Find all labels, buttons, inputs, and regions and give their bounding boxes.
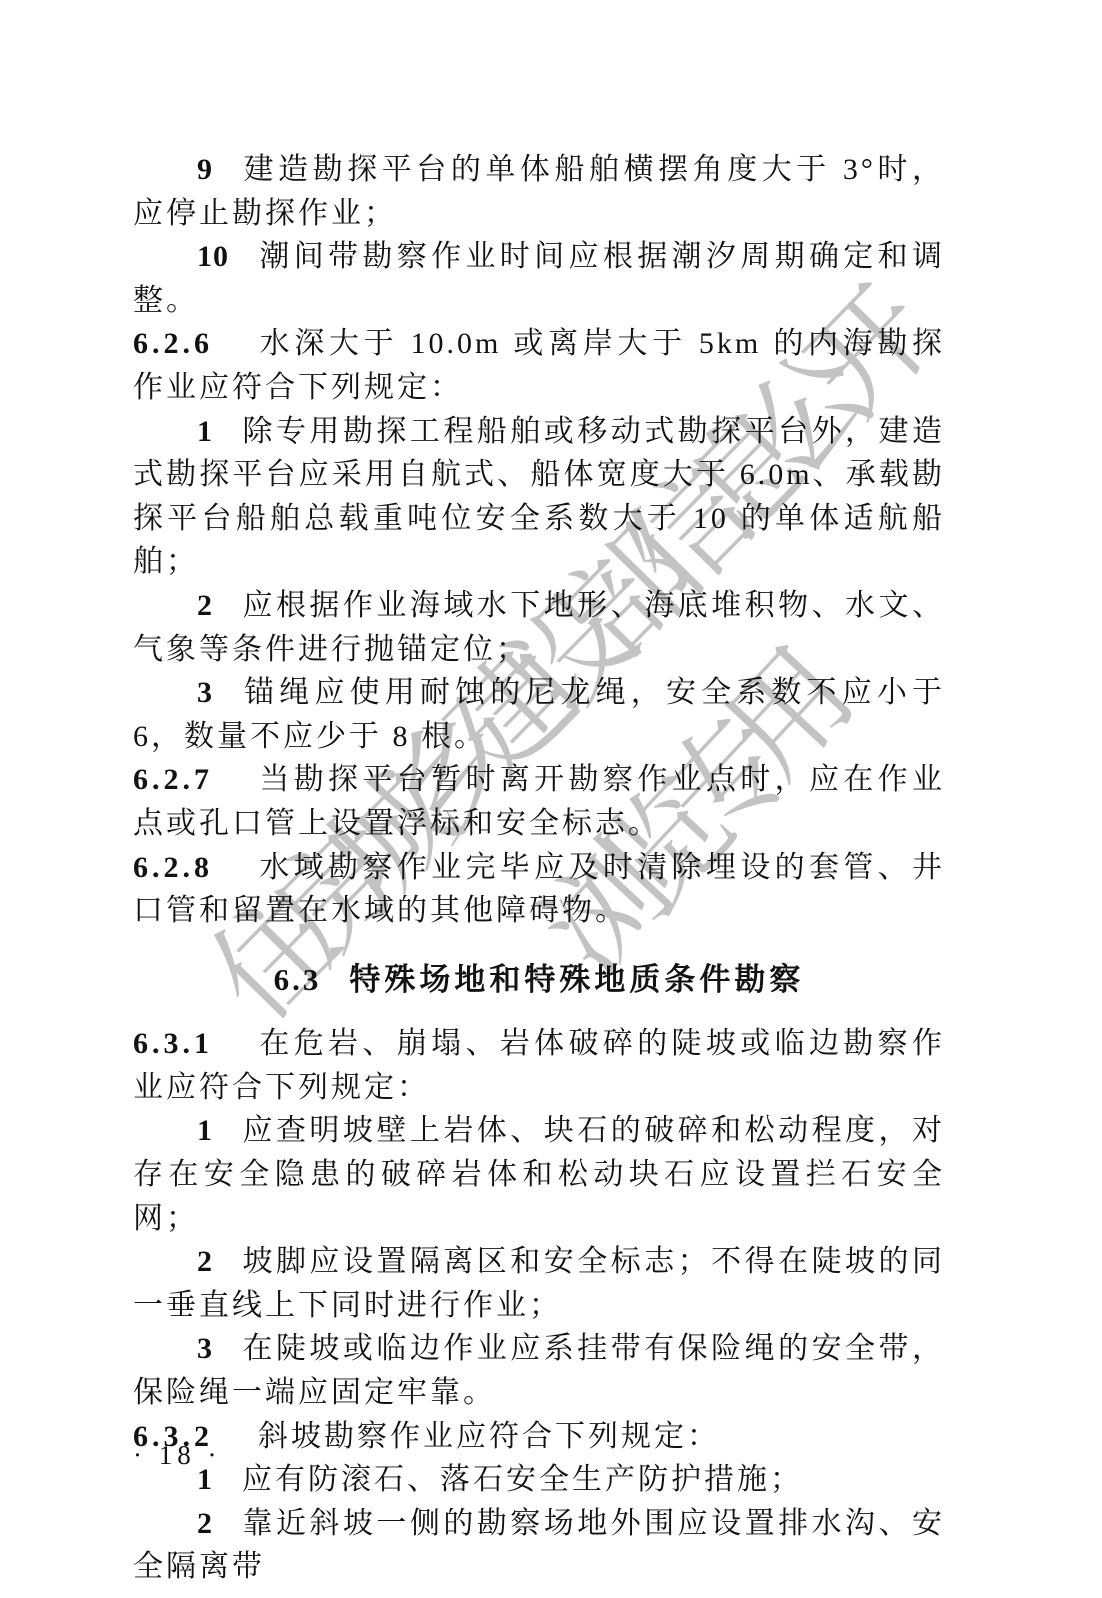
- clause-number: 6.3.1: [133, 1027, 213, 1060]
- item-text: 应根据作业海域水下地形、海底堆积物、水文、气象等条件进行抛锚定位；: [133, 589, 945, 666]
- clause-text: 水域勘察作业完毕应及时清除埋设的套管、井口管和留置在水域的其他障碍物。: [133, 851, 945, 928]
- clause-text: 斜坡勘察作业应符合下列规定：: [258, 1420, 720, 1453]
- item-text: 潮间带勘察作业时间应根据潮汐周期确定和调整。: [133, 240, 945, 317]
- item-text: 靠近斜坡一侧的勘察场地外围应设置排水沟、安全隔离带: [133, 1507, 945, 1584]
- clause-6-3-1: 6.3.1在危岩、崩塌、岩体破碎的陡坡或临边勘察作业应符合下列规定：: [133, 1022, 945, 1109]
- item-9: 9建造勘探平台的单体船舶横摆角度大于 3°时，应停止勘探作业；: [133, 148, 945, 235]
- item-text: 坡脚应设置隔离区和安全标志；不得在陡坡的同一垂直线上下同时进行作业；: [133, 1245, 945, 1322]
- clause-6-2-8: 6.2.8水域勘察作业完毕应及时清除埋设的套管、井口管和留置在水域的其他障碍物。: [133, 846, 945, 933]
- item-number: 9: [197, 153, 213, 186]
- item-text: 应查明坡壁上岩体、块石的破碎和松动程度，对存在安全隐患的破碎岩体和松动块石应设置…: [133, 1114, 945, 1234]
- section-title: 特殊场地和特殊地质条件勘察: [349, 962, 804, 997]
- clause-6-2-7: 6.2.7当勘探平台暂时离开勘察作业点时，应在作业点或孔口管上设置浮标和安全标志…: [133, 758, 945, 845]
- item-text: 建造勘探平台的单体船舶横摆角度大于 3°时，应停止勘探作业；: [133, 153, 945, 230]
- item-number: 3: [197, 1332, 213, 1365]
- item-number: 10: [197, 240, 229, 273]
- clause-number: 6.2.7: [133, 763, 213, 796]
- section-heading: 6.3特殊场地和特殊地质条件勘察: [133, 958, 945, 1002]
- item-2: 2坡脚应设置隔离区和安全标志；不得在陡坡的同一垂直线上下同时进行作业；: [133, 1240, 945, 1327]
- clause-text: 水深大于 10.0m 或离岸大于 5km 的内海勘探作业应符合下列规定：: [133, 327, 945, 404]
- clause-text: 在危岩、崩塌、岩体破碎的陡坡或临边勘察作业应符合下列规定：: [133, 1027, 945, 1104]
- item-1: 1应有防滚石、落石安全生产防护措施；: [133, 1458, 945, 1502]
- item-number: 2: [197, 589, 213, 622]
- document-page: 住房城乡建设部信息公开 浏览专用 9建造勘探平台的单体船舶横摆角度大于 3°时，…: [0, 0, 1102, 1598]
- item-number: 2: [197, 1507, 213, 1540]
- page-body: 9建造勘探平台的单体船舶横摆角度大于 3°时，应停止勘探作业； 10潮间带勘察作…: [0, 0, 1102, 1589]
- item-number: 1: [197, 415, 213, 448]
- item-text: 在陡坡或临边作业应系挂带有保险绳的安全带，保险绳一端应固定牢靠。: [133, 1332, 945, 1409]
- item-10: 10潮间带勘察作业时间应根据潮汐周期确定和调整。: [133, 235, 945, 322]
- clause-6-3-2: 6.3.2斜坡勘察作业应符合下列规定：: [133, 1415, 945, 1459]
- item-1: 1应查明坡壁上岩体、块石的破碎和松动程度，对存在安全隐患的破碎岩体和松动块石应设…: [133, 1109, 945, 1240]
- item-text: 锚绳应使用耐蚀的尼龙绳，安全系数不应小于 6，数量不应少于 8 根。: [133, 676, 945, 753]
- page-number: · 18 ·: [133, 1440, 221, 1471]
- item-3: 3在陡坡或临边作业应系挂带有保险绳的安全带，保险绳一端应固定牢靠。: [133, 1327, 945, 1414]
- item-3: 3锚绳应使用耐蚀的尼龙绳，安全系数不应小于 6，数量不应少于 8 根。: [133, 671, 945, 758]
- item-1: 1除专用勘探工程船舶或移动式勘探平台外，建造式勘探平台应采用自航式、船体宽度大于…: [133, 410, 945, 584]
- item-2: 2应根据作业海域水下地形、海底堆积物、水文、气象等条件进行抛锚定位；: [133, 584, 945, 671]
- clause-number: 6.2.8: [133, 851, 213, 884]
- clause-number: 6.2.6: [133, 327, 213, 360]
- item-number: 1: [197, 1114, 213, 1147]
- section-number: 6.3: [274, 962, 322, 997]
- clause-6-2-6: 6.2.6水深大于 10.0m 或离岸大于 5km 的内海勘探作业应符合下列规定…: [133, 322, 945, 409]
- item-2: 2靠近斜坡一侧的勘察场地外围应设置排水沟、安全隔离带: [133, 1502, 945, 1589]
- item-text: 除专用勘探工程船舶或移动式勘探平台外，建造式勘探平台应采用自航式、船体宽度大于 …: [133, 415, 945, 579]
- clause-text: 当勘探平台暂时离开勘察作业点时，应在作业点或孔口管上设置浮标和安全标志。: [133, 763, 945, 840]
- item-number: 2: [197, 1245, 213, 1278]
- item-number: 3: [197, 676, 213, 709]
- item-text: 应有防滚石、落石安全生产防护措施；: [242, 1463, 803, 1496]
